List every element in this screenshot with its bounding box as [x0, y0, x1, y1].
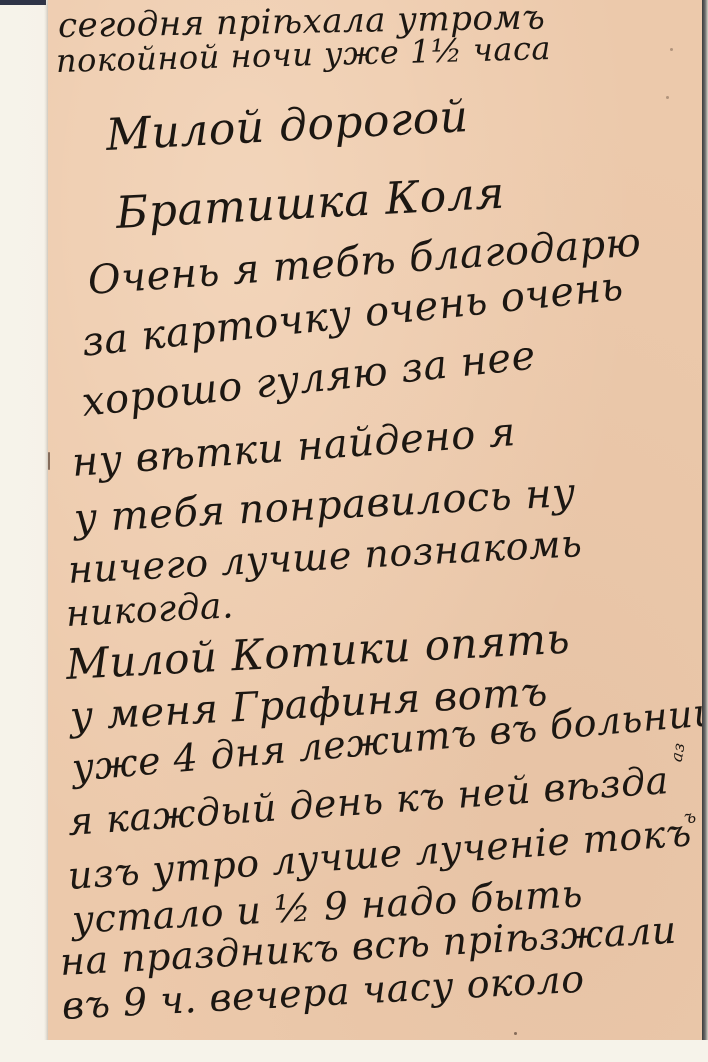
letter-line-3-greeting: Милой дорогой [105, 91, 470, 161]
paper-speck [514, 1032, 517, 1035]
paper-speck [48, 452, 50, 470]
paper-right-edge [702, 0, 708, 1048]
letter-paper: сегодня пріѣхала утромъ покойной ночи уж… [48, 0, 702, 1040]
scanner-top-bar [0, 0, 46, 5]
margin-note-1: аз [667, 741, 689, 763]
letter-line-8: ну вѣтки найдено я [70, 409, 517, 486]
paper-speck [670, 48, 673, 51]
letter-line-4-addressee: Братишка Коля [115, 168, 506, 239]
margin-note-2: ъ [682, 806, 698, 829]
letter-line-11: никогда. [65, 585, 235, 635]
scanned-letter-page: сегодня пріѣхала утромъ покойной ночи уж… [0, 0, 708, 1062]
paper-speck [666, 96, 669, 99]
scan-bottom-margin [0, 1040, 708, 1062]
